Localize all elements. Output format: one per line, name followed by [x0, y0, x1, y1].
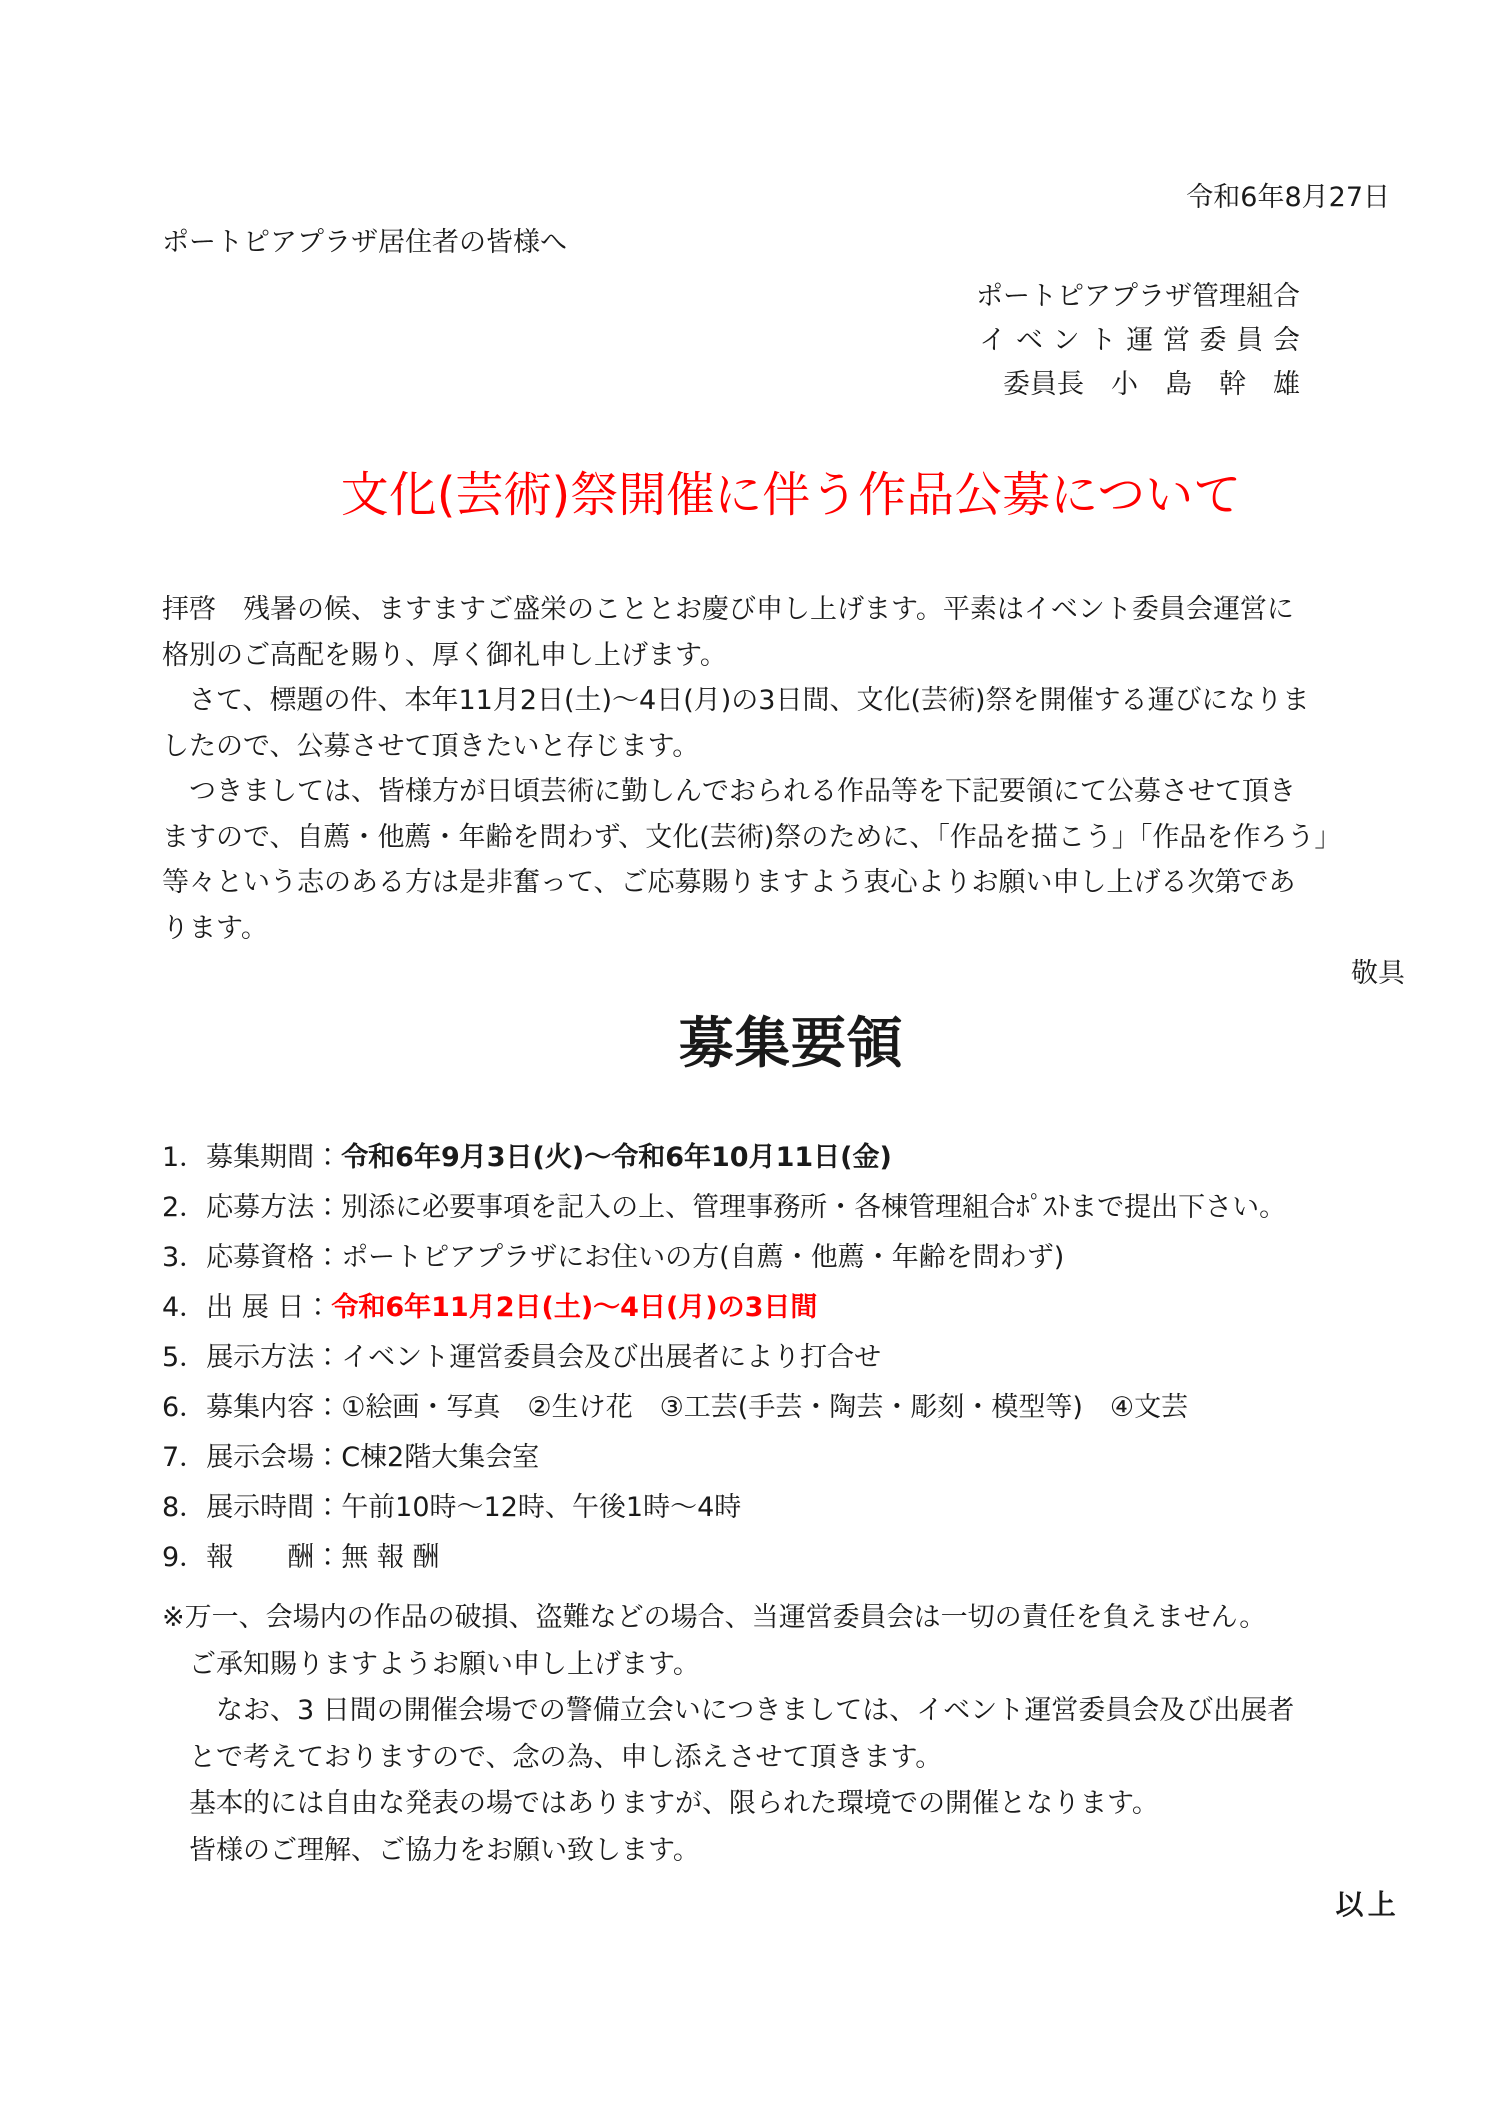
- body-line: つきましては、皆様方が日頃芸術に勤しんでおられる作品等を下記要領にて公募させて頂…: [162, 769, 1420, 815]
- guidelines-list: 1．募集期間：令和6年9月3日(火)～令和6年10月11日(金) 2．応募方法：…: [162, 1133, 1420, 1583]
- greeting-body: 拝啓 残暑の候、ますますご盛栄のこととお慶び申し上げます。平素はイベント委員会運…: [162, 587, 1420, 951]
- item-value: 別添に必要事項を記入の上、管理事務所・各棟管理組合ﾎﾟｽﾄまで提出下さい。: [341, 1192, 1286, 1223]
- note-line: 基本的には自由な発表の場ではありますが、限られた環境での開催となります。: [162, 1781, 1420, 1828]
- sender-chair: 委員長 小 島 幹 雄: [162, 363, 1300, 407]
- sender-committee: イベント運営委員会: [162, 319, 1300, 363]
- guideline-item-8: 8．展示時間：午前10時～12時、午後1時～4時: [162, 1483, 1420, 1533]
- note-line: 皆様のご理解、ご協力をお願い致します。: [162, 1828, 1420, 1875]
- note-line: ご承知賜りますようお願い申し上げます。: [162, 1642, 1420, 1689]
- guideline-item-6: 6．募集内容：①絵画・写真 ②生け花 ③工芸(手芸・陶芸・彫刻・模型等) ④文芸: [162, 1383, 1420, 1433]
- document-title: 文化(芸術)祭開催に伴う作品公募について: [162, 465, 1420, 525]
- end-mark-ijou: 以上: [162, 1882, 1420, 1928]
- document-page: 令和6年8月27日 ポートピアプラザ居住者の皆様へ ポートピアプラザ管理組合 イ…: [0, 0, 1500, 2121]
- note-line: なお、3 日間の開催会場での警備立会いにつきましては、イベント運営委員会及び出展…: [162, 1688, 1420, 1735]
- document-date: 令和6年8月27日: [162, 175, 1420, 220]
- item-value: C棟2階大集会室: [341, 1442, 539, 1473]
- guideline-item-4: 4．出 展 日：令和6年11月2日(土)～4日(月)の3日間: [162, 1283, 1420, 1333]
- body-line: さて、標題の件、本年11月2日(土)～4日(月)の3日間、文化(芸術)祭を開催す…: [162, 678, 1420, 724]
- item-label: 7．展示会場：: [162, 1442, 341, 1473]
- body-line: ますので、自薦・他薦・年齢を問わず、文化(芸術)祭のために、「作品を描こう」「作…: [162, 815, 1420, 861]
- item-value: イベント運営委員会及び出展者により打合せ: [341, 1342, 881, 1373]
- item-label: 6．募集内容：: [162, 1392, 341, 1423]
- item-value: 令和6年9月3日(火)～令和6年10月11日(金): [341, 1142, 892, 1173]
- item-label: 2．応募方法：: [162, 1192, 341, 1223]
- item-value: 午前10時～12時、午後1時～4時: [341, 1492, 741, 1523]
- body-line: したので、公募させて頂きたいと存じます。: [162, 724, 1420, 770]
- item-value: ①絵画・写真 ②生け花 ③工芸(手芸・陶芸・彫刻・模型等) ④文芸: [341, 1392, 1188, 1423]
- closing-keigu: 敬具: [162, 951, 1420, 996]
- sender-block: ポートピアプラザ管理組合 イベント運営委員会 委員長 小 島 幹 雄: [162, 275, 1420, 407]
- guideline-item-5: 5．展示方法：イベント運営委員会及び出展者により打合せ: [162, 1333, 1420, 1383]
- body-line: 拝啓 残暑の候、ますますご盛栄のこととお慶び申し上げます。平素はイベント委員会運…: [162, 587, 1420, 633]
- body-line: ります。: [162, 906, 1420, 952]
- body-line: 格別のご高配を賜り、厚く御礼申し上げます。: [162, 633, 1420, 679]
- item-label: 4．出 展 日：: [162, 1292, 331, 1323]
- item-value: 無 報 酬: [341, 1542, 439, 1573]
- guideline-item-9: 9．報 酬：無 報 酬: [162, 1533, 1420, 1583]
- guideline-item-2: 2．応募方法：別添に必要事項を記入の上、管理事務所・各棟管理組合ﾎﾟｽﾄまで提出…: [162, 1183, 1420, 1233]
- recruitment-guidelines-heading: 募集要領: [162, 1008, 1420, 1078]
- note-line: ※万一、会場内の作品の破損、盗難などの場合、当運営委員会は一切の責任を負えません…: [162, 1595, 1420, 1642]
- item-value: 令和6年11月2日(土)～4日(月)の3日間: [331, 1292, 817, 1323]
- item-label: 1．募集期間：: [162, 1142, 341, 1173]
- guideline-item-3: 3．応募資格：ポートピアプラザにお住いの方(自薦・他薦・年齢を問わず): [162, 1233, 1420, 1283]
- notes-section: ※万一、会場内の作品の破損、盗難などの場合、当運営委員会は一切の責任を負えません…: [162, 1595, 1420, 1874]
- item-label: 9．報 酬：: [162, 1542, 341, 1573]
- item-value: ポートピアプラザにお住いの方(自薦・他薦・年齢を問わず): [341, 1242, 1064, 1273]
- item-label: 5．展示方法：: [162, 1342, 341, 1373]
- guideline-item-7: 7．展示会場：C棟2階大集会室: [162, 1433, 1420, 1483]
- sender-org: ポートピアプラザ管理組合: [162, 275, 1300, 319]
- addressee-line: ポートピアプラザ居住者の皆様へ: [162, 220, 1420, 265]
- item-label: 3．応募資格：: [162, 1242, 341, 1273]
- item-label: 8．展示時間：: [162, 1492, 341, 1523]
- guideline-item-1: 1．募集期間：令和6年9月3日(火)～令和6年10月11日(金): [162, 1133, 1420, 1183]
- body-line: 等々という志のある方は是非奮って、ご応募賜りますよう衷心よりお願い申し上げる次第…: [162, 860, 1420, 906]
- note-line: とで考えておりますので、念の為、申し添えさせて頂きます。: [162, 1735, 1420, 1782]
